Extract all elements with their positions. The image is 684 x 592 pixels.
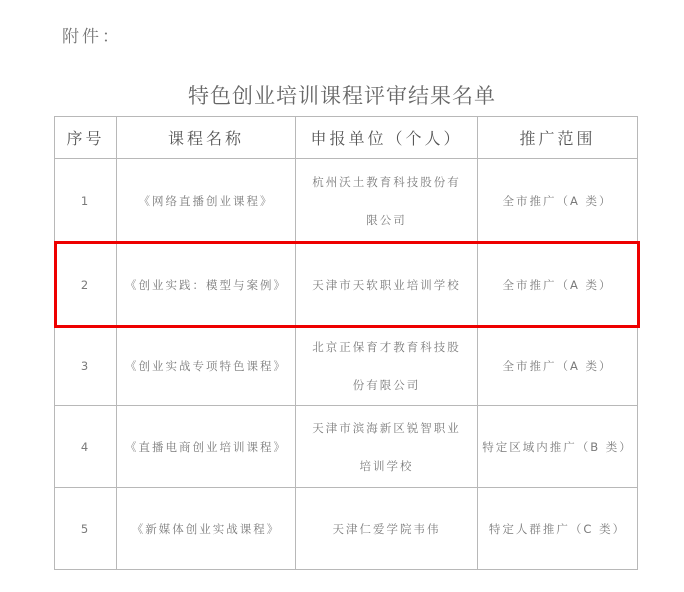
cell-scope: 全市推广（A 类） [478,159,638,244]
header-no: 序号 [55,117,117,159]
attachment-label: 附件： [62,22,122,47]
table-row-highlighted: 2 《创业实践：模型与案例》 天津市天软职业培训学校 全市推广（A 类） [55,244,638,326]
unit-text: 杭州沃土教育科技股份有限公司 [312,163,462,239]
cell-scope: 全市推广（A 类） [478,326,638,406]
cell-course: 《新媒体创业实战课程》 [117,488,296,570]
cell-scope: 全市推广（A 类） [478,244,638,326]
cell-unit: 天津仁爱学院韦伟 [296,488,478,570]
cell-no: 4 [55,406,117,488]
cell-unit: 天津市天软职业培训学校 [296,244,478,326]
cell-no: 1 [55,159,117,244]
cell-course: 《创业实战专项特色课程》 [117,326,296,406]
table-row: 4 《直播电商创业培训课程》 天津市滨海新区锐智职业培训学校 特定区域内推广（B… [55,406,638,488]
header-scope: 推广范围 [478,117,638,159]
header-course: 课程名称 [117,117,296,159]
cell-no: 5 [55,488,117,570]
results-table: 序号 课程名称 申报单位（个人） 推广范围 1 《网络直播创业课程》 杭州沃土教… [54,116,638,570]
header-unit: 申报单位（个人） [296,117,478,159]
table-header-row: 序号 课程名称 申报单位（个人） 推广范围 [55,117,638,159]
cell-no: 2 [55,244,117,326]
document-title: 特色创业培训课程评审结果名单 [0,80,684,110]
cell-no: 3 [55,326,117,406]
table-row: 3 《创业实战专项特色课程》 北京正保育才教育科技股份有限公司 全市推广（A 类… [55,326,638,406]
cell-scope: 特定人群推广（C 类） [478,488,638,570]
unit-text: 北京正保育才教育科技股份有限公司 [312,328,462,404]
unit-text: 天津市滨海新区锐智职业培训学校 [312,409,462,485]
table-row: 5 《新媒体创业实战课程》 天津仁爱学院韦伟 特定人群推广（C 类） [55,488,638,570]
cell-course: 《创业实践：模型与案例》 [117,244,296,326]
table-row: 1 《网络直播创业课程》 杭州沃土教育科技股份有限公司 全市推广（A 类） [55,159,638,244]
cell-scope: 特定区域内推广（B 类） [478,406,638,488]
cell-unit: 杭州沃土教育科技股份有限公司 [296,159,478,244]
cell-unit: 北京正保育才教育科技股份有限公司 [296,326,478,406]
cell-unit: 天津市滨海新区锐智职业培训学校 [296,406,478,488]
cell-course: 《网络直播创业课程》 [117,159,296,244]
cell-course: 《直播电商创业培训课程》 [117,406,296,488]
